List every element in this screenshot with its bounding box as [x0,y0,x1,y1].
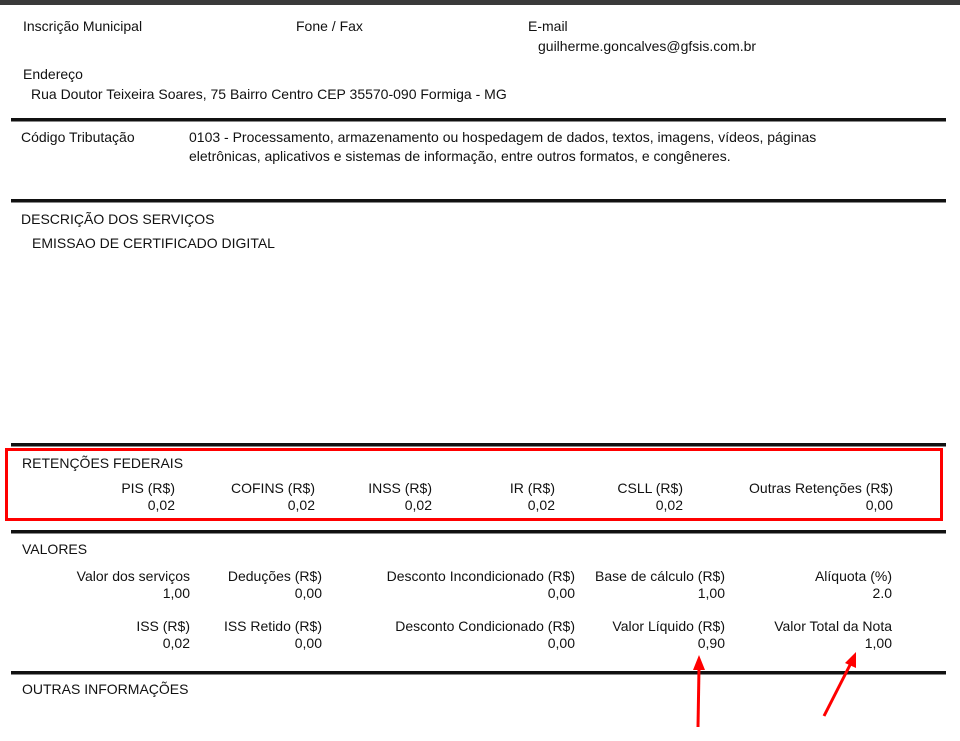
valor-label: ISS Retido (R$) [224,618,322,635]
valor-value: 1,00 [595,585,725,602]
valor-servicos: Valor dos serviços 1,00 [77,568,190,602]
valores-title: VALORES [22,541,87,558]
retencao-csll: CSLL (R$) 0,02 [617,480,683,514]
valor-value: 0,00 [395,635,575,652]
fone-fax-label: Fone / Fax [296,18,363,35]
retencao-inss: INSS (R$) 0,02 [368,480,432,514]
valor-total-nota: Valor Total da Nota 1,00 [774,618,892,652]
retencao-label: Outras Retenções (R$) [749,480,893,497]
retencao-label: PIS (R$) [121,480,175,497]
valor-label: Valor Líquido (R$) [612,618,725,635]
valor-value: 0,90 [612,635,725,652]
valor-value: 2.0 [815,585,892,602]
valor-value: 1,00 [77,585,190,602]
retencao-pis: PIS (R$) 0,02 [121,480,175,514]
endereco-value: Rua Doutor Teixeira Soares, 75 Bairro Ce… [31,86,507,103]
arrow-diagonal-icon [824,652,856,716]
descricao-servicos-value: EMISSAO DE CERTIFICADO DIGITAL [32,235,275,252]
divider [11,671,946,674]
valor-liquido: Valor Líquido (R$) 0,90 [612,618,725,652]
valor-deducoes: Deduções (R$) 0,00 [228,568,322,602]
inscricao-municipal-label: Inscrição Municipal [23,18,142,35]
valor-label: ISS (R$) [136,618,190,635]
endereco-label: Endereço [23,66,83,83]
valor-label: Desconto Incondicionado (R$) [387,568,575,585]
retencao-value: 0,02 [368,497,432,514]
email-label: E-mail [528,18,568,35]
valor-label: Alíquota (%) [815,568,892,585]
retencao-outras: Outras Retenções (R$) 0,00 [749,480,893,514]
valor-value: 0,00 [387,585,575,602]
retencoes-federais-title: RETENÇÕES FEDERAIS [22,455,183,472]
arrow-up-icon [693,655,705,727]
retencao-label: INSS (R$) [368,480,432,497]
retencao-label: COFINS (R$) [231,480,315,497]
viewer-top-bar [0,0,960,5]
valor-value: 0,00 [224,635,322,652]
valor-base-calculo: Base de cálculo (R$) 1,00 [595,568,725,602]
valor-desconto-condicionado: Desconto Condicionado (R$) 0,00 [395,618,575,652]
email-value: guilherme.goncalves@gfsis.com.br [538,38,756,55]
valor-label: Desconto Condicionado (R$) [395,618,575,635]
outras-informacoes-title: OUTRAS INFORMAÇÕES [22,681,188,698]
valor-iss: ISS (R$) 0,02 [136,618,190,652]
retencao-value: 0,02 [617,497,683,514]
retencao-cofins: COFINS (R$) 0,02 [231,480,315,514]
retencao-value: 0,02 [121,497,175,514]
codigo-tributacao-label: Código Tributação [21,129,135,146]
valor-aliquota: Alíquota (%) 2.0 [815,568,892,602]
codigo-tributacao-value: 0103 - Processamento, armazenamento ou h… [189,128,879,166]
valor-value: 0,00 [228,585,322,602]
valor-label: Base de cálculo (R$) [595,568,725,585]
retencao-value: 0,02 [231,497,315,514]
retencao-label: IR (R$) [510,480,555,497]
descricao-servicos-title: DESCRIÇÃO DOS SERVIÇOS [21,211,214,228]
retencao-value: 0,02 [510,497,555,514]
valor-desconto-incondicionado: Desconto Incondicionado (R$) 0,00 [387,568,575,602]
valor-label: Valor Total da Nota [774,618,892,635]
divider [11,118,946,121]
valor-value: 1,00 [774,635,892,652]
valor-label: Valor dos serviços [77,568,190,585]
divider [11,530,946,533]
valor-label: Deduções (R$) [228,568,322,585]
retencao-label: CSLL (R$) [617,480,683,497]
divider [11,199,946,202]
retencao-ir: IR (R$) 0,02 [510,480,555,514]
valor-iss-retido: ISS Retido (R$) 0,00 [224,618,322,652]
valor-value: 0,02 [136,635,190,652]
divider [11,443,946,446]
retencao-value: 0,00 [749,497,893,514]
